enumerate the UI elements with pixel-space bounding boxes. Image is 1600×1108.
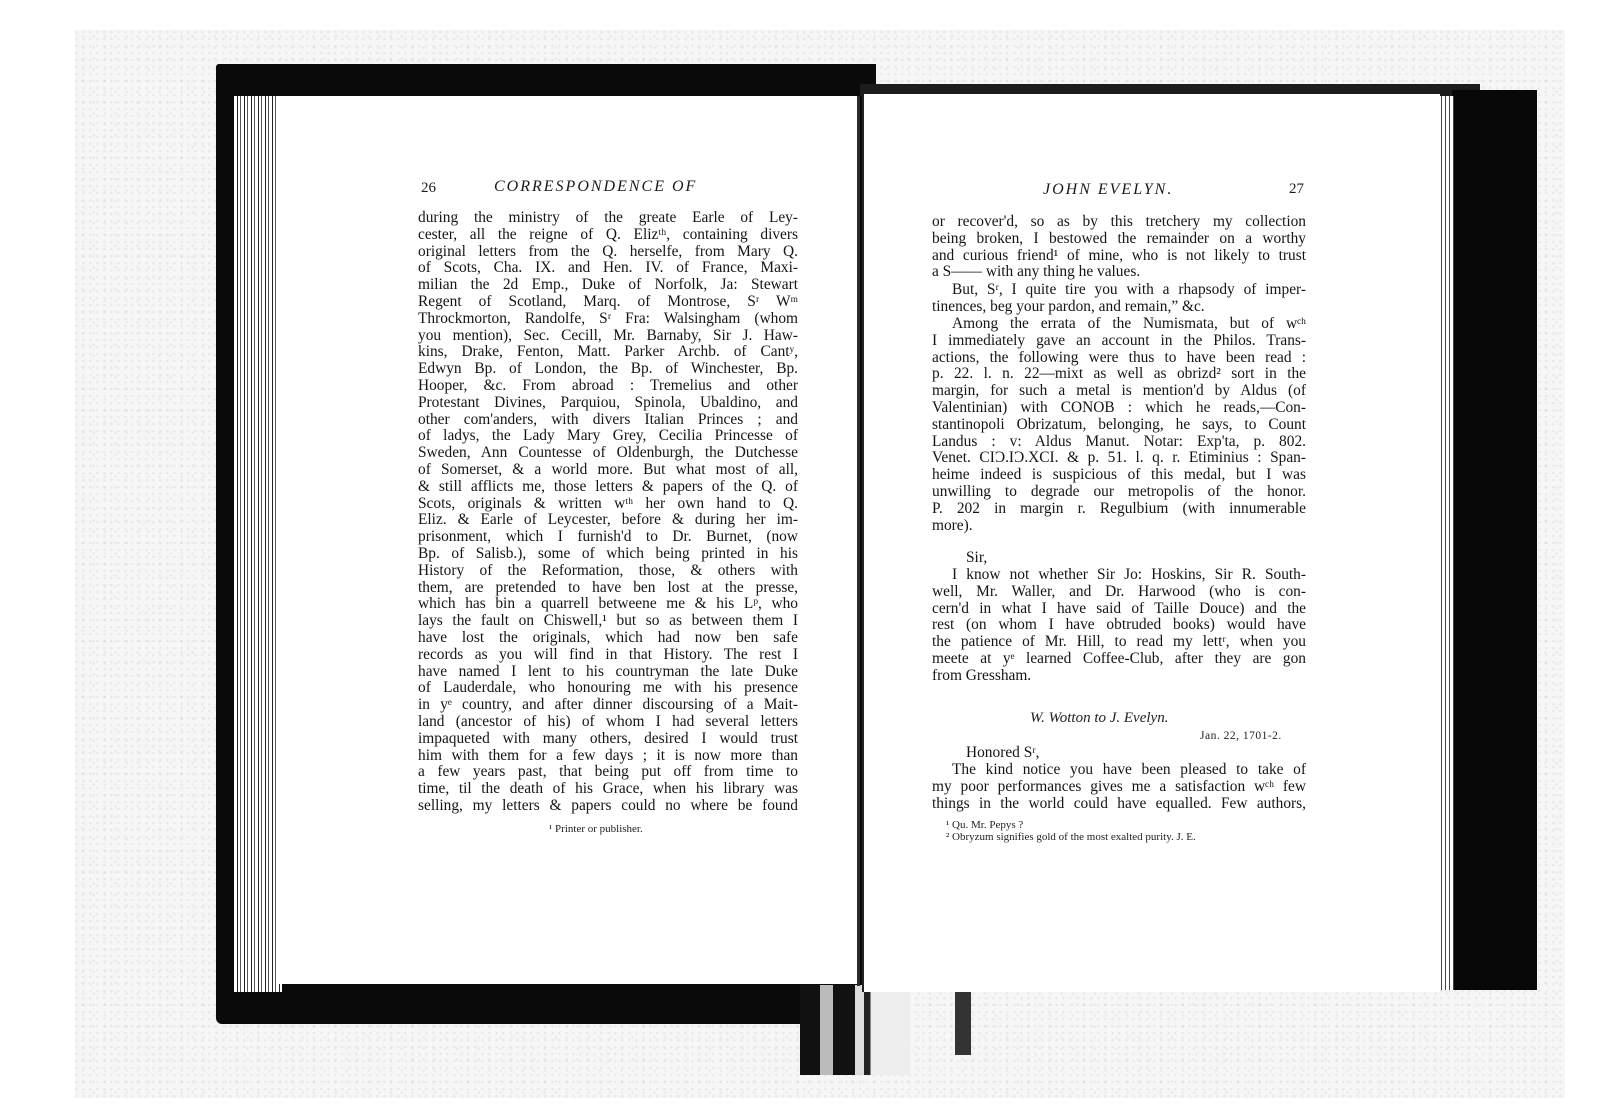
- text-line: of ladys, the Lady Mary Grey, Cecilia Pr…: [418, 428, 798, 445]
- text-line: have named I lent to his countryman the …: [418, 664, 798, 681]
- book-spine-bottom-edge: [955, 985, 971, 1055]
- text-line: tinences, beg your pardon, and remain,” …: [932, 299, 1306, 316]
- text-line: a few years past, that being put off fro…: [418, 764, 798, 781]
- right-paragraph-5: The kind notice you have been pleased to…: [932, 762, 1306, 812]
- book-gutter: [857, 96, 860, 986]
- text-line: the patience of Mr. Hill, to read my let…: [932, 634, 1306, 651]
- letter-heading: W. Wotton to J. Evelyn.: [1030, 710, 1168, 727]
- text-line: of Scots, Cha. IX. and Hen. IV. of Franc…: [418, 260, 798, 277]
- text-line: my poor performances gives me a satisfac…: [932, 779, 1306, 796]
- salutation-honored: Honored Sʳ,: [966, 745, 1166, 762]
- text-line: Valentinian) with CONOB : which he reads…: [932, 400, 1306, 417]
- text-line: & still afflicts me, those letters & pap…: [418, 479, 798, 496]
- text-line: selling, my letters & papers could no wh…: [418, 798, 798, 815]
- text-line: I know not whether Sir Jo: Hoskins, Sir …: [932, 567, 1306, 584]
- text-line: in yᵉ country, and after dinner discours…: [418, 697, 798, 714]
- text-line: Among the errata of the Numismata, but o…: [932, 316, 1306, 333]
- text-line: milian the 2d Emp., Duke of Norfolk, Ja:…: [418, 277, 798, 294]
- text-line: you mention), Sec. Cecill, Mr. Barnaby, …: [418, 328, 798, 345]
- text-line: Regent of Scotland, Marq. of Montrose, S…: [418, 294, 798, 311]
- text-line: Throckmorton, Randolfe, Sʳ Fra: Walsingh…: [418, 311, 798, 328]
- right-paragraph-4: I know not whether Sir Jo: Hoskins, Sir …: [932, 567, 1306, 685]
- text-line: kins, Drake, Fenton, Matt. Parker Archb.…: [418, 344, 798, 361]
- text-line: being broken, I bestowed the remainder o…: [932, 231, 1306, 248]
- text-line: impaqueted with many others, desired I w…: [418, 731, 798, 748]
- text-line: p. 22. l. n. 22—mixt as well as obrizd² …: [932, 366, 1306, 383]
- page-edges-left: [234, 96, 282, 992]
- text-line: meete at yᵉ learned Coffee-Club, after t…: [932, 651, 1306, 668]
- text-line: records as you will find in that History…: [418, 647, 798, 664]
- text-line: land (ancestor of his) of whom I had sev…: [418, 714, 798, 731]
- book-cover-right: [1452, 90, 1537, 990]
- text-line: History of the Reformation, those, & oth…: [418, 563, 798, 580]
- text-line: Edwyn Bp. of London, the Bp. of Winchest…: [418, 361, 798, 378]
- text-line: Sweden, Ann Countesse of Oldenburgh, the…: [418, 445, 798, 462]
- right-paragraph-2: But, Sʳ, I quite tire you with a rhapsod…: [932, 282, 1306, 316]
- text-line: The kind notice you have been pleased to…: [932, 762, 1306, 779]
- text-line: during the ministry of the greate Earle …: [418, 210, 798, 227]
- left-page-body: during the ministry of the greate Earle …: [418, 210, 798, 815]
- text-line: things in the world could have equalled.…: [932, 796, 1306, 813]
- right-page-number: 27: [1289, 181, 1304, 198]
- text-line: from Gressham.: [932, 668, 1306, 685]
- text-line: actions, the following were thus to have…: [932, 350, 1306, 367]
- letter-date: Jan. 22, 1701-2.: [1200, 730, 1282, 742]
- right-running-head: JOHN EVELYN.: [1043, 181, 1173, 199]
- text-line: cern'd in what I have said of Taille Dou…: [932, 601, 1306, 618]
- text-line: Scots, originals & written wᵗʰ her own h…: [418, 496, 798, 513]
- text-line: them, are pretended to have ben lost at …: [418, 580, 798, 597]
- text-line: and curious friend¹ of mine, who is not …: [932, 248, 1306, 265]
- text-line: lays the fault on Chiswell,¹ but so as b…: [418, 613, 798, 630]
- text-line: of Lauderdale, who honouring me with his…: [418, 680, 798, 697]
- text-line: time, til the death of his Grace, when h…: [418, 781, 798, 798]
- text-line: Landus : v: Aldus Manut. Notar: Exp'ta, …: [932, 434, 1306, 451]
- left-page-number: 26: [421, 180, 436, 197]
- text-line: P. 202 in margin r. Regulbium (with innu…: [932, 501, 1306, 518]
- text-line: unwilling to degrade our metropolis of t…: [932, 484, 1306, 501]
- text-line: original letters from the Q. herselfe, f…: [418, 244, 798, 261]
- text-line: or recover'd, so as by this tretchery my…: [932, 214, 1306, 231]
- text-line: a S—— with any thing he values.: [932, 264, 1306, 281]
- book-spine-bottom: [800, 985, 910, 1075]
- salutation-sir: Sir,: [966, 550, 1166, 567]
- text-line: But, Sʳ, I quite tire you with a rhapsod…: [932, 282, 1306, 299]
- left-running-head: CORRESPONDENCE OF: [494, 178, 697, 196]
- text-line: other com'anders, with divers Italian Pr…: [418, 412, 798, 429]
- left-footnote-1: ¹ Printer or publisher.: [549, 823, 643, 836]
- text-line: Hooper, &c. From abroad : Tremelius and …: [418, 378, 798, 395]
- right-footnote-2: ² Obryzum signifies gold of the most exa…: [946, 831, 1196, 844]
- text-line: prisonment, which I furnish'd to Dr. Bur…: [418, 529, 798, 546]
- text-line: rest (on whom I have obtruded books) wou…: [932, 617, 1306, 634]
- right-paragraph-1: or recover'd, so as by this tretchery my…: [932, 214, 1306, 281]
- text-line: Protestant Divines, Parquiou, Spinola, U…: [418, 395, 798, 412]
- text-line: of Somerset, & a world more. But what mo…: [418, 462, 798, 479]
- text-line: I immediately gave an account in the Phi…: [932, 333, 1306, 350]
- text-line: him with them for a few days ; it is now…: [418, 748, 798, 765]
- text-line: Bp. of Salisb.), some of which being pri…: [418, 546, 798, 563]
- text-line: more).: [932, 518, 1306, 535]
- right-paragraph-3: Among the errata of the Numismata, but o…: [932, 316, 1306, 534]
- text-line: have lost the originals, which had now b…: [418, 630, 798, 647]
- text-line: well, Mr. Waller, and Dr. Harwood (who i…: [932, 584, 1306, 601]
- text-line: margin, for such a metal is mention'd by…: [932, 383, 1306, 400]
- text-line: Eliz. & Earle of Leycester, before & dur…: [418, 512, 798, 529]
- text-line: heime indeed is suspicious of this medal…: [932, 467, 1306, 484]
- text-line: which has bin a quarrell betweene me & h…: [418, 596, 798, 613]
- text-line: stantinopoli Obrizatum, belonging, he sa…: [932, 417, 1306, 434]
- text-line: cester, all the reigne of Q. Elizᵗʰ, con…: [418, 227, 798, 244]
- text-line: Venet. CIƆ.IƆ.XCI. & p. 51. l. q. r. Eti…: [932, 450, 1306, 467]
